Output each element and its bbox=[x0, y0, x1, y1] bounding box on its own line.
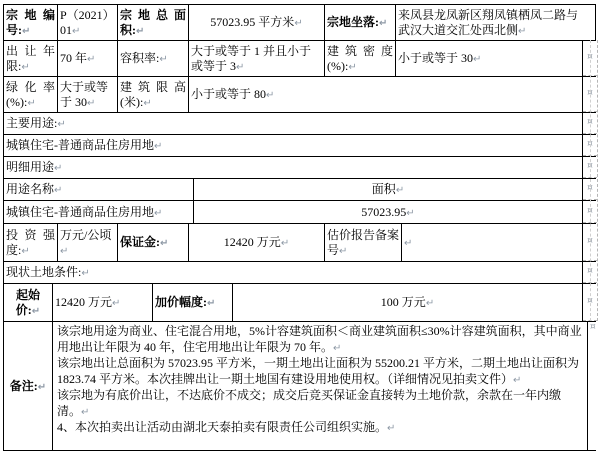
detail-use-label: 明细用途↵ bbox=[3, 157, 583, 178]
remarks-paragraph: 该宗地为有底价出让，不达底价不成交；成交后竞买保证金直接转为土地价款，余款在一年… bbox=[57, 387, 583, 419]
deposit-value: 12420 万元↵ bbox=[188, 224, 324, 261]
table-row: 城镇住宅-普通商品住房用地↵ bbox=[3, 135, 596, 157]
paragraph-mark-icon: ↵ bbox=[236, 62, 244, 73]
paragraph-mark-icon: ↵ bbox=[518, 26, 526, 37]
remarks-value: 该宗地用途为商业、住宅混合用地，5%计容建筑面积＜商业建筑面积≤30%计容建筑面… bbox=[52, 322, 588, 450]
parcel-number-value: P（2021）01↵ bbox=[57, 5, 117, 40]
term-value: 70 年↵ bbox=[57, 41, 117, 76]
appraisal-report-value: ↵ bbox=[401, 224, 583, 261]
total-area-value: 57023.95 平方米↵ bbox=[188, 5, 324, 40]
paragraph-mark-icon: ↵ bbox=[87, 54, 95, 65]
paragraph-mark-icon: ↵ bbox=[22, 26, 30, 37]
paragraph-mark-icon: ↵ bbox=[136, 26, 144, 37]
paragraph-mark-icon: ↵ bbox=[387, 423, 395, 434]
deposit-label: 保证金:↵ bbox=[117, 224, 188, 261]
remarks-paragraph: 4、本次拍卖出让活动由湖北天泰拍卖有限责任公司组织实施。↵ bbox=[57, 419, 583, 435]
paragraph-mark-icon: ↵ bbox=[396, 185, 404, 196]
paragraph-mark-icon: ↵ bbox=[87, 98, 95, 109]
paragraph-mark-icon: ↵ bbox=[266, 90, 274, 101]
remarks-label: 备注:↵ bbox=[3, 322, 52, 450]
table-row: 明细用途↵ bbox=[3, 157, 596, 179]
paragraph-mark-icon: ↵ bbox=[159, 54, 167, 65]
paragraph-mark-icon: ↵ bbox=[473, 54, 481, 65]
table-row: 出让年限:↵ 70 年↵ 容积率:↵ 大于或等于 1 并且小于或等于 3↵ 建筑… bbox=[3, 41, 596, 77]
investment-intensity-unit: 万元/公顷↵ bbox=[57, 224, 117, 261]
paragraph-mark-icon: ↵ bbox=[379, 18, 387, 29]
main-use-value: 城镇住宅-普通商品住房用地↵ bbox=[3, 135, 583, 156]
land-condition-label: 现状土地条件:↵ bbox=[3, 262, 583, 283]
total-area-label: 宗地总面积:↵ bbox=[117, 5, 188, 40]
remarks-paragraph: 该宗地出让总面积为 57023.95 平方米，一期土地出让面积为 55200.2… bbox=[57, 355, 583, 387]
greening-rate-label: 绿化率(%):↵ bbox=[3, 77, 57, 112]
paragraph-mark-icon: ↵ bbox=[154, 208, 162, 219]
table-row: 宗地编号:↵ P（2021）01↵ 宗地总面积:↵ 57023.95 平方米↵ … bbox=[3, 5, 596, 41]
paragraph-mark-icon: ↵ bbox=[60, 246, 68, 257]
paragraph-mark-icon: ↵ bbox=[426, 298, 434, 309]
table-row: 现状土地条件:↵ bbox=[3, 262, 596, 284]
floor-area-ratio-value: 大于或等于 1 并且小于或等于 3↵ bbox=[188, 41, 324, 76]
paragraph-mark-icon: ↵ bbox=[21, 62, 29, 73]
paragraph-mark-icon: ↵ bbox=[333, 343, 341, 354]
floor-area-ratio-label: 容积率:↵ bbox=[117, 41, 188, 76]
use-name-value: 城镇住宅-普通商品住房用地↵ bbox=[3, 201, 193, 223]
table-gridline-column: ¤ ¤ ¤ ¤ ¤ ¤ ¤ ¤ ¤ ¤ bbox=[583, 40, 598, 321]
paragraph-mark-icon: ↵ bbox=[72, 26, 80, 37]
land-parcel-table: 宗地编号:↵ P（2021）01↵ 宗地总面积:↵ 57023.95 平方米↵ … bbox=[3, 4, 596, 451]
paragraph-mark-icon: ↵ bbox=[38, 382, 46, 393]
table-row: 用途名称↵ 面积↵ bbox=[3, 179, 596, 201]
paragraph-mark-icon: ↵ bbox=[404, 238, 412, 249]
paragraph-mark-icon: ↵ bbox=[348, 62, 356, 73]
table-row: 投资强度:↵ 万元/公顷↵ 保证金:↵ 12420 万元↵ 估价报告备案号↵ ↵ bbox=[3, 224, 596, 262]
appraisal-report-label: 估价报告备案号↵ bbox=[324, 224, 401, 261]
paragraph-mark-icon: ↵ bbox=[54, 163, 62, 174]
table-row: 城镇住宅-普通商品住房用地↵ 57023.95↵ bbox=[3, 201, 596, 224]
paragraph-mark-icon: ↵ bbox=[32, 306, 40, 317]
paragraph-mark-icon: ↵ bbox=[81, 268, 89, 279]
paragraph-mark-icon: ↵ bbox=[281, 238, 289, 249]
investment-intensity-label: 投资强度:↵ bbox=[3, 224, 57, 261]
building-density-label: 建筑密度(%):↵ bbox=[324, 41, 395, 76]
paragraph-mark-icon: ↵ bbox=[160, 238, 168, 249]
building-density-value: 小于或等于 30↵ bbox=[395, 41, 583, 76]
paragraph-mark-icon: ↵ bbox=[339, 246, 347, 257]
area-header: 面积↵ bbox=[193, 179, 583, 200]
end-of-row-mark-icon: ¤ bbox=[590, 323, 596, 332]
paragraph-mark-icon: ↵ bbox=[406, 208, 414, 219]
paragraph-mark-icon: ↵ bbox=[143, 98, 151, 109]
paragraph-mark-icon: ↵ bbox=[112, 298, 120, 309]
height-limit-value: 小于或等于 80↵ bbox=[188, 77, 583, 112]
table-row: 备注:↵ 该宗地用途为商业、住宅混合用地，5%计容建筑面积＜商业建筑面积≤30%… bbox=[3, 322, 596, 451]
table-row: 主要用途:↵ bbox=[3, 113, 596, 135]
main-use-label: 主要用途:↵ bbox=[3, 113, 583, 134]
increment-label: 加价幅度:↵ bbox=[152, 284, 232, 321]
greening-rate-value: 大于或等于 30↵ bbox=[57, 77, 117, 112]
location-value: 来凤县龙凤新区翔凤镇栖凤二路与武汉大道交汇处西北侧↵ bbox=[395, 5, 596, 40]
paragraph-mark-icon: ↵ bbox=[207, 298, 215, 309]
height-limit-label: 建筑限高(米):↵ bbox=[117, 77, 188, 112]
table-row: 绿化率(%):↵ 大于或等于 30↵ 建筑限高(米):↵ 小于或等于 80↵ bbox=[3, 77, 596, 113]
paragraph-mark-icon: ↵ bbox=[21, 246, 29, 257]
start-price-label: 起始价:↵ bbox=[3, 284, 52, 321]
paragraph-mark-icon: ↵ bbox=[294, 18, 302, 29]
paragraph-mark-icon: ↵ bbox=[513, 375, 521, 386]
parcel-number-label: 宗地编号:↵ bbox=[3, 5, 57, 40]
location-label: 宗地坐落:↵ bbox=[324, 5, 395, 40]
paragraph-mark-icon: ↵ bbox=[81, 407, 89, 418]
start-price-value: 12420 万元↵ bbox=[52, 284, 152, 321]
paragraph-mark-icon: ↵ bbox=[57, 119, 65, 130]
paragraph-mark-icon: ↵ bbox=[27, 98, 35, 109]
increment-value: 100 万元↵ bbox=[232, 284, 583, 321]
table-row: 起始价:↵ 12420 万元↵ 加价幅度:↵ 100 万元↵ bbox=[3, 284, 596, 322]
use-name-header: 用途名称↵ bbox=[3, 179, 193, 200]
gridline bbox=[590, 40, 591, 321]
paragraph-mark-icon: ↵ bbox=[54, 185, 62, 196]
term-label: 出让年限:↵ bbox=[3, 41, 57, 76]
area-value: 57023.95↵ bbox=[193, 201, 583, 223]
remarks-paragraph: 该宗地用途为商业、住宅混合用地，5%计容建筑面积＜商业建筑面积≤30%计容建筑面… bbox=[57, 323, 583, 355]
paragraph-mark-icon: ↵ bbox=[154, 141, 162, 152]
